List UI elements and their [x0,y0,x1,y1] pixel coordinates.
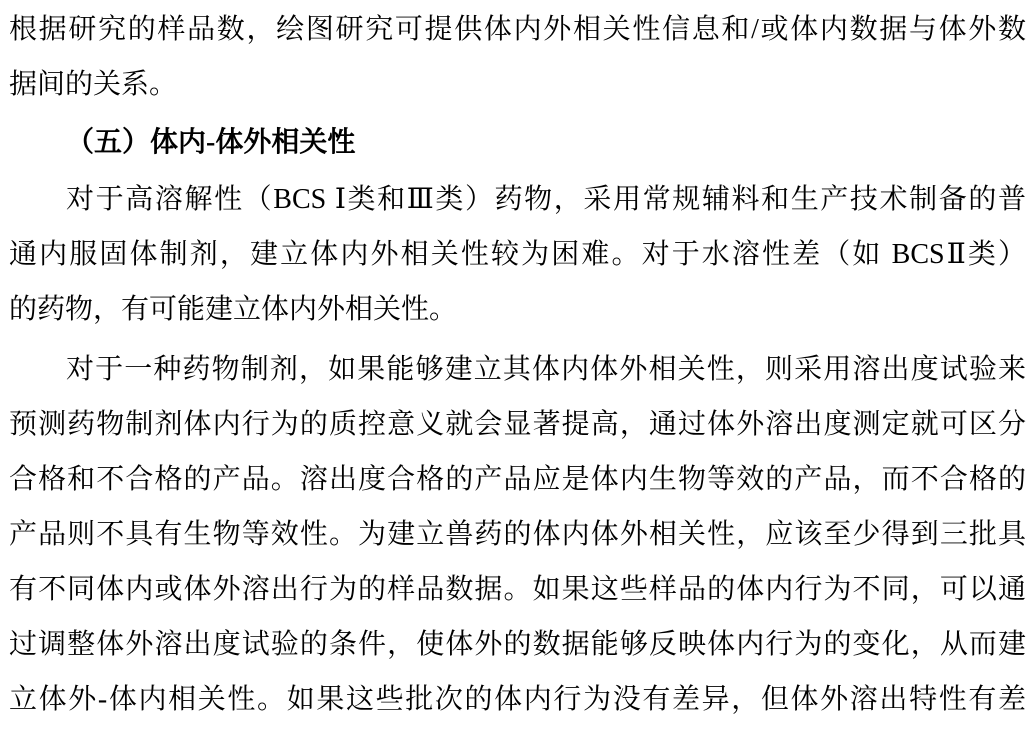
paragraph: 对于高溶解性（BCS Ⅰ类和Ⅲ类）药物，采用常规辅料和生产技术制备的普通内服固体… [9,172,1026,337]
text-line: 立体外-体内相关性。如果这些批次的体内行为没有差异，但体外溶出特性有差 [9,672,1026,727]
text-line: 的药物，有可能建立体内外相关性。 [9,282,1026,337]
text-line: 据间的关系。 [9,57,1026,112]
text-line: 根据研究的样品数，绘图研究可提供体内外相关性信息和/或体内数据与体外数 [9,2,1026,57]
text-line: 过调整体外溶出度试验的条件，使体外的数据能够反映体内行为的变化，从而建 [9,617,1026,672]
paragraph: 根据研究的样品数，绘图研究可提供体内外相关性信息和/或体内数据与体外数据间的关系… [9,2,1026,112]
text-line: 对于高溶解性（BCS Ⅰ类和Ⅲ类）药物，采用常规辅料和生产技术制备的普 [9,172,1026,227]
text-line: 对于一种药物制剂，如果能够建立其体内体外相关性，则采用溶出度试验来 [9,342,1026,397]
text-line: 产品则不具有生物等效性。为建立兽药的体内体外相关性，应该至少得到三批具 [9,507,1026,562]
text-line: 有不同体内或体外溶出行为的样品数据。如果这些样品的体内行为不同，可以通 [9,562,1026,617]
text-line: 预测药物制剂体内行为的质控意义就会显著提高，通过体外溶出度测定就可区分 [9,397,1026,452]
document-page: 根据研究的样品数，绘图研究可提供体内外相关性信息和/或体内数据与体外数据间的关系… [0,0,1036,741]
heading-text-line: （五）体内-体外相关性 [9,115,1026,170]
text-line: 合格和不合格的产品。溶出度合格的产品应是体内生物等效的产品，而不合格的 [9,452,1026,507]
section-heading: （五）体内-体外相关性 [9,115,1026,170]
paragraph: 对于一种药物制剂，如果能够建立其体内体外相关性，则采用溶出度试验来预测药物制剂体… [9,342,1026,727]
text-line: 通内服固体制剂，建立体内外相关性较为困难。对于水溶性差（如 BCSⅡ类） [9,227,1026,282]
